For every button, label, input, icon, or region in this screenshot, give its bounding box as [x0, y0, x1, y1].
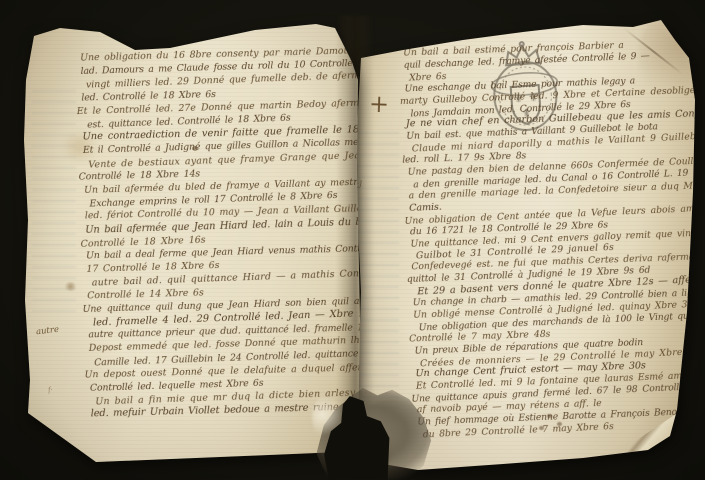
ink-bleedthrough: [32, 90, 76, 320]
stray-ink-mark: f·: [47, 386, 53, 395]
manuscript-page-left-wrapper: autre f· Une obligation du 16 8bre conse…: [20, 20, 362, 465]
margin-cross-mark: +: [369, 90, 390, 119]
manuscript-page-left: autre f· Une obligation du 16 8bre conse…: [20, 20, 362, 465]
left-page-text-block: Une obligation du 16 8bre consenty par m…: [80, 44, 371, 422]
photo-background: autre f· Une obligation du 16 8bre conse…: [0, 0, 705, 480]
right-page-text-block: Un bail a bail estimé pour françois Barb…: [403, 37, 705, 441]
